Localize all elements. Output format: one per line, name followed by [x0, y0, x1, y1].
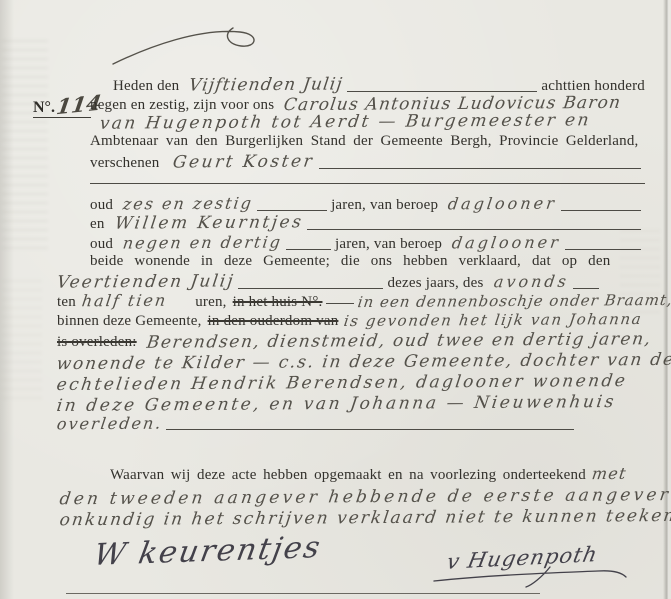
- printed-dezes-jaars: dezes jaars, des: [387, 275, 483, 292]
- handwritten-father: echtelieden Hendrik Berendsen, daglooner…: [55, 371, 628, 395]
- bleed-through: [2, 40, 48, 250]
- line-residence: wonende te Kilder — c.s. in deze Gemeent…: [57, 352, 645, 372]
- blank-rule: [166, 428, 574, 430]
- line-hour-place: ten half tien uren, in het huis N°. in e…: [57, 291, 645, 311]
- handwritten-mother: in deze Gemeente, en van Johanna — Nieuw…: [55, 392, 617, 416]
- printed-waarvan: Waarvan wij deze acte hebben opgemaakt e…: [110, 467, 586, 484]
- bottom-rule: [66, 592, 540, 594]
- line-closing-3: onkundig in het schrijven verklaard niet…: [60, 508, 645, 528]
- blank-rule: [307, 228, 641, 230]
- handwritten-closing-2: den tweeden aangever hebbende de eerste …: [58, 485, 671, 510]
- handwritten-deceased-name: Berendsen, dienstmeid, oud twee en derti…: [145, 329, 653, 353]
- line-deceased: is overleden: Berendsen, dienstmeid, oud…: [57, 331, 645, 351]
- line-overleden: overleden.: [57, 414, 645, 433]
- handwritten-found-body: is gevonden het lijk van Johanna: [343, 310, 644, 330]
- line-declarant2-age: oud negen en dertig jaren, van beroep da…: [90, 233, 645, 253]
- death-certificate-scan: N°.114 Heden den Vijftienden Julij achtt…: [0, 0, 671, 599]
- line-declarant1-age: oud zes en zestig jaren, van beroep dagl…: [90, 194, 645, 214]
- line-waarvan: Waarvan wij deze acte hebben opgemaakt e…: [110, 464, 645, 484]
- line-verschenen: verschenen Geurt Koster: [90, 152, 645, 172]
- handwritten-declarant2-occupation: daglooner: [451, 233, 562, 253]
- handwritten-hour: half tien: [81, 291, 169, 311]
- strike-rule: [326, 302, 354, 304]
- line-beide-wonende: beide wonende in deze Gemeente; die ons …: [90, 253, 645, 270]
- printed-oud: oud: [90, 197, 113, 214]
- signature-flourish: [430, 565, 630, 590]
- blank-rule: [257, 209, 327, 211]
- blank-rule: [319, 167, 641, 169]
- printed-heden-den: Heden den: [113, 78, 179, 95]
- blank-rule: [286, 248, 331, 250]
- handwritten-declarant1-name: Geurt Koster: [172, 152, 316, 173]
- line-opening-date: Heden den Vijftienden Julij achttien hon…: [113, 75, 645, 95]
- line-binnen-gemeente: binnen deze Gemeente, in den ouderdom va…: [57, 311, 645, 330]
- handwritten-daypart: avonds: [492, 272, 570, 292]
- blank-rule: [561, 209, 641, 211]
- handwritten-declarant2-name: Willem Keurntjes: [113, 212, 304, 233]
- handwritten-declarant2-age: negen en dertig: [122, 232, 284, 252]
- printed-beide-wonende: beide wonende in deze Gemeente; die ons …: [90, 253, 610, 270]
- handwritten-met: met: [591, 464, 628, 483]
- printed-verschenen: verschenen: [90, 155, 159, 172]
- line-parents: echtelieden Hendrik Berendsen, daglooner…: [57, 373, 645, 393]
- pen-flourish: [105, 20, 280, 70]
- handwritten-place-of-death: in een dennenboschje onder Braamt,: [357, 291, 671, 311]
- handwritten-overleden: overleden.: [56, 414, 164, 434]
- line-declarant2: en Willem Keurntjes: [90, 213, 645, 233]
- printed-jaren-beroep: jaren, van beroep: [335, 236, 442, 253]
- blank-rule: [347, 90, 537, 92]
- blank-rule: [90, 182, 645, 184]
- line-official-title: van Hugenpoth tot Aerdt — Burgemeester e…: [100, 112, 645, 132]
- bleed-through: [2, 280, 42, 400]
- handwritten-act-date: Vijftienden Julij: [188, 74, 345, 95]
- blank-rule: [238, 287, 383, 289]
- printed-oud: oud: [90, 236, 113, 253]
- blank-rule: [565, 248, 641, 250]
- handwritten-closing-3: onkundig in het schrijven verklaard niet…: [58, 506, 671, 531]
- printed-ambtenaar: Ambtenaar van den Burgerlijken Stand der…: [90, 133, 638, 150]
- handwritten-official-name-2: van Hugenpoth tot Aerdt — Burgemeester e…: [98, 110, 592, 133]
- handwritten-death-date: Veertienden Julij: [56, 271, 236, 292]
- printed-struck-huis: in het huis N°.: [233, 294, 323, 311]
- printed-struck-overleden: is overleden:: [57, 334, 137, 351]
- act-number-underline: [33, 117, 91, 118]
- printed-en: en: [90, 216, 105, 233]
- signature-witness: W keurentjes: [91, 530, 324, 573]
- line-mother: in deze Gemeente, en van Johanna — Nieuw…: [57, 394, 645, 414]
- printed-binnen-gemeente: binnen deze Gemeente,: [57, 313, 202, 330]
- printed-struck-ouderdom: in den ouderdom van: [208, 313, 339, 330]
- blank-rule: [573, 287, 599, 289]
- line-ambtenaar: Ambtenaar van den Burgerlijken Stand der…: [90, 133, 645, 150]
- line-closing-2: den tweeden aangever hebbende de eerste …: [60, 487, 645, 507]
- line-death-date: Veertienden Julij dezes jaars, des avond…: [57, 272, 645, 292]
- handwritten-declarant1-age: zes en zestig: [122, 194, 255, 214]
- act-number-label: N°.: [33, 99, 55, 116]
- handwritten-declarant1-occupation: daglooner: [447, 194, 558, 214]
- printed-uren: uren,: [195, 294, 226, 311]
- printed-ten: ten: [57, 294, 76, 311]
- printed-jaren-beroep: jaren, van beroep: [331, 197, 438, 214]
